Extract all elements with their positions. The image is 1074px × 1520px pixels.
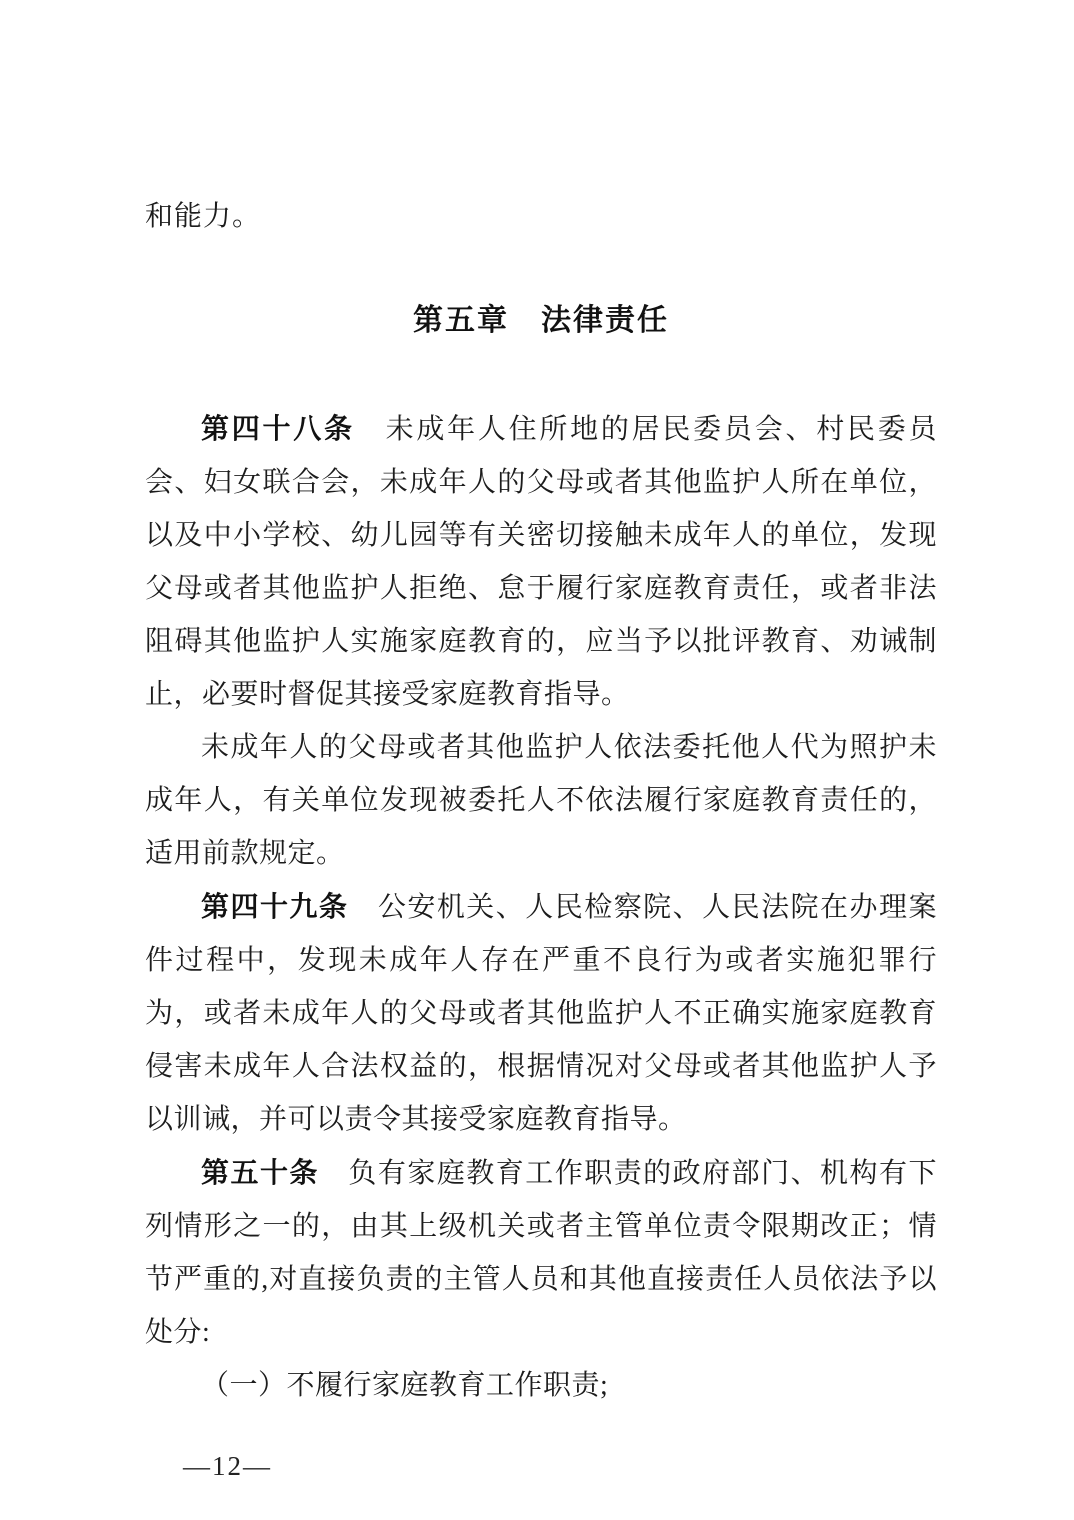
- article-48-paragraph-2-text: 未成年人的父母或者其他监护人依法委托他人代为照护未成年人，有关单位发现被委托人不…: [145, 732, 937, 869]
- continuation-text: 和能力。: [145, 190, 937, 243]
- article-49-text: 公安机关、人民检察院、人民法院在办理案件过程中，发现未成年人存在严重不良行为或者…: [145, 892, 937, 1135]
- article-49-number: 第四十九条: [201, 891, 348, 922]
- document-body: 第四十八条 未成年人住所地的居民委员会、村民委员会、妇女联合会，未成年人的父母或…: [145, 402, 937, 1412]
- chapter-heading: 第五章 法律责任: [145, 294, 937, 347]
- document-page: 和能力。 第五章 法律责任 第四十八条 未成年人住所地的居民委员会、村民委员会、…: [0, 0, 1074, 1520]
- article-50-paragraph: 第五十条 负有家庭教育工作职责的政府部门、机构有下列情形之一的，由其上级机关或者…: [145, 1146, 937, 1359]
- article-50-item-1-text: （一）不履行家庭教育工作职责;: [201, 1370, 608, 1401]
- article-48-text: 未成年人住所地的居民委员会、村民委员会、妇女联合会，未成年人的父母或者其他监护人…: [145, 414, 937, 710]
- article-50-number: 第五十条: [201, 1157, 319, 1188]
- article-48-paragraph-2: 未成年人的父母或者其他监护人依法委托他人代为照护未成年人，有关单位发现被委托人不…: [145, 721, 937, 880]
- article-48-number: 第四十八条: [201, 413, 355, 444]
- article-49-paragraph: 第四十九条 公安机关、人民检察院、人民法院在办理案件过程中，发现未成年人存在严重…: [145, 880, 937, 1146]
- article-48-paragraph-1: 第四十八条 未成年人住所地的居民委员会、村民委员会、妇女联合会，未成年人的父母或…: [145, 402, 937, 721]
- article-50-item-1: （一）不履行家庭教育工作职责;: [145, 1359, 937, 1412]
- page-number: —12—: [183, 1444, 272, 1488]
